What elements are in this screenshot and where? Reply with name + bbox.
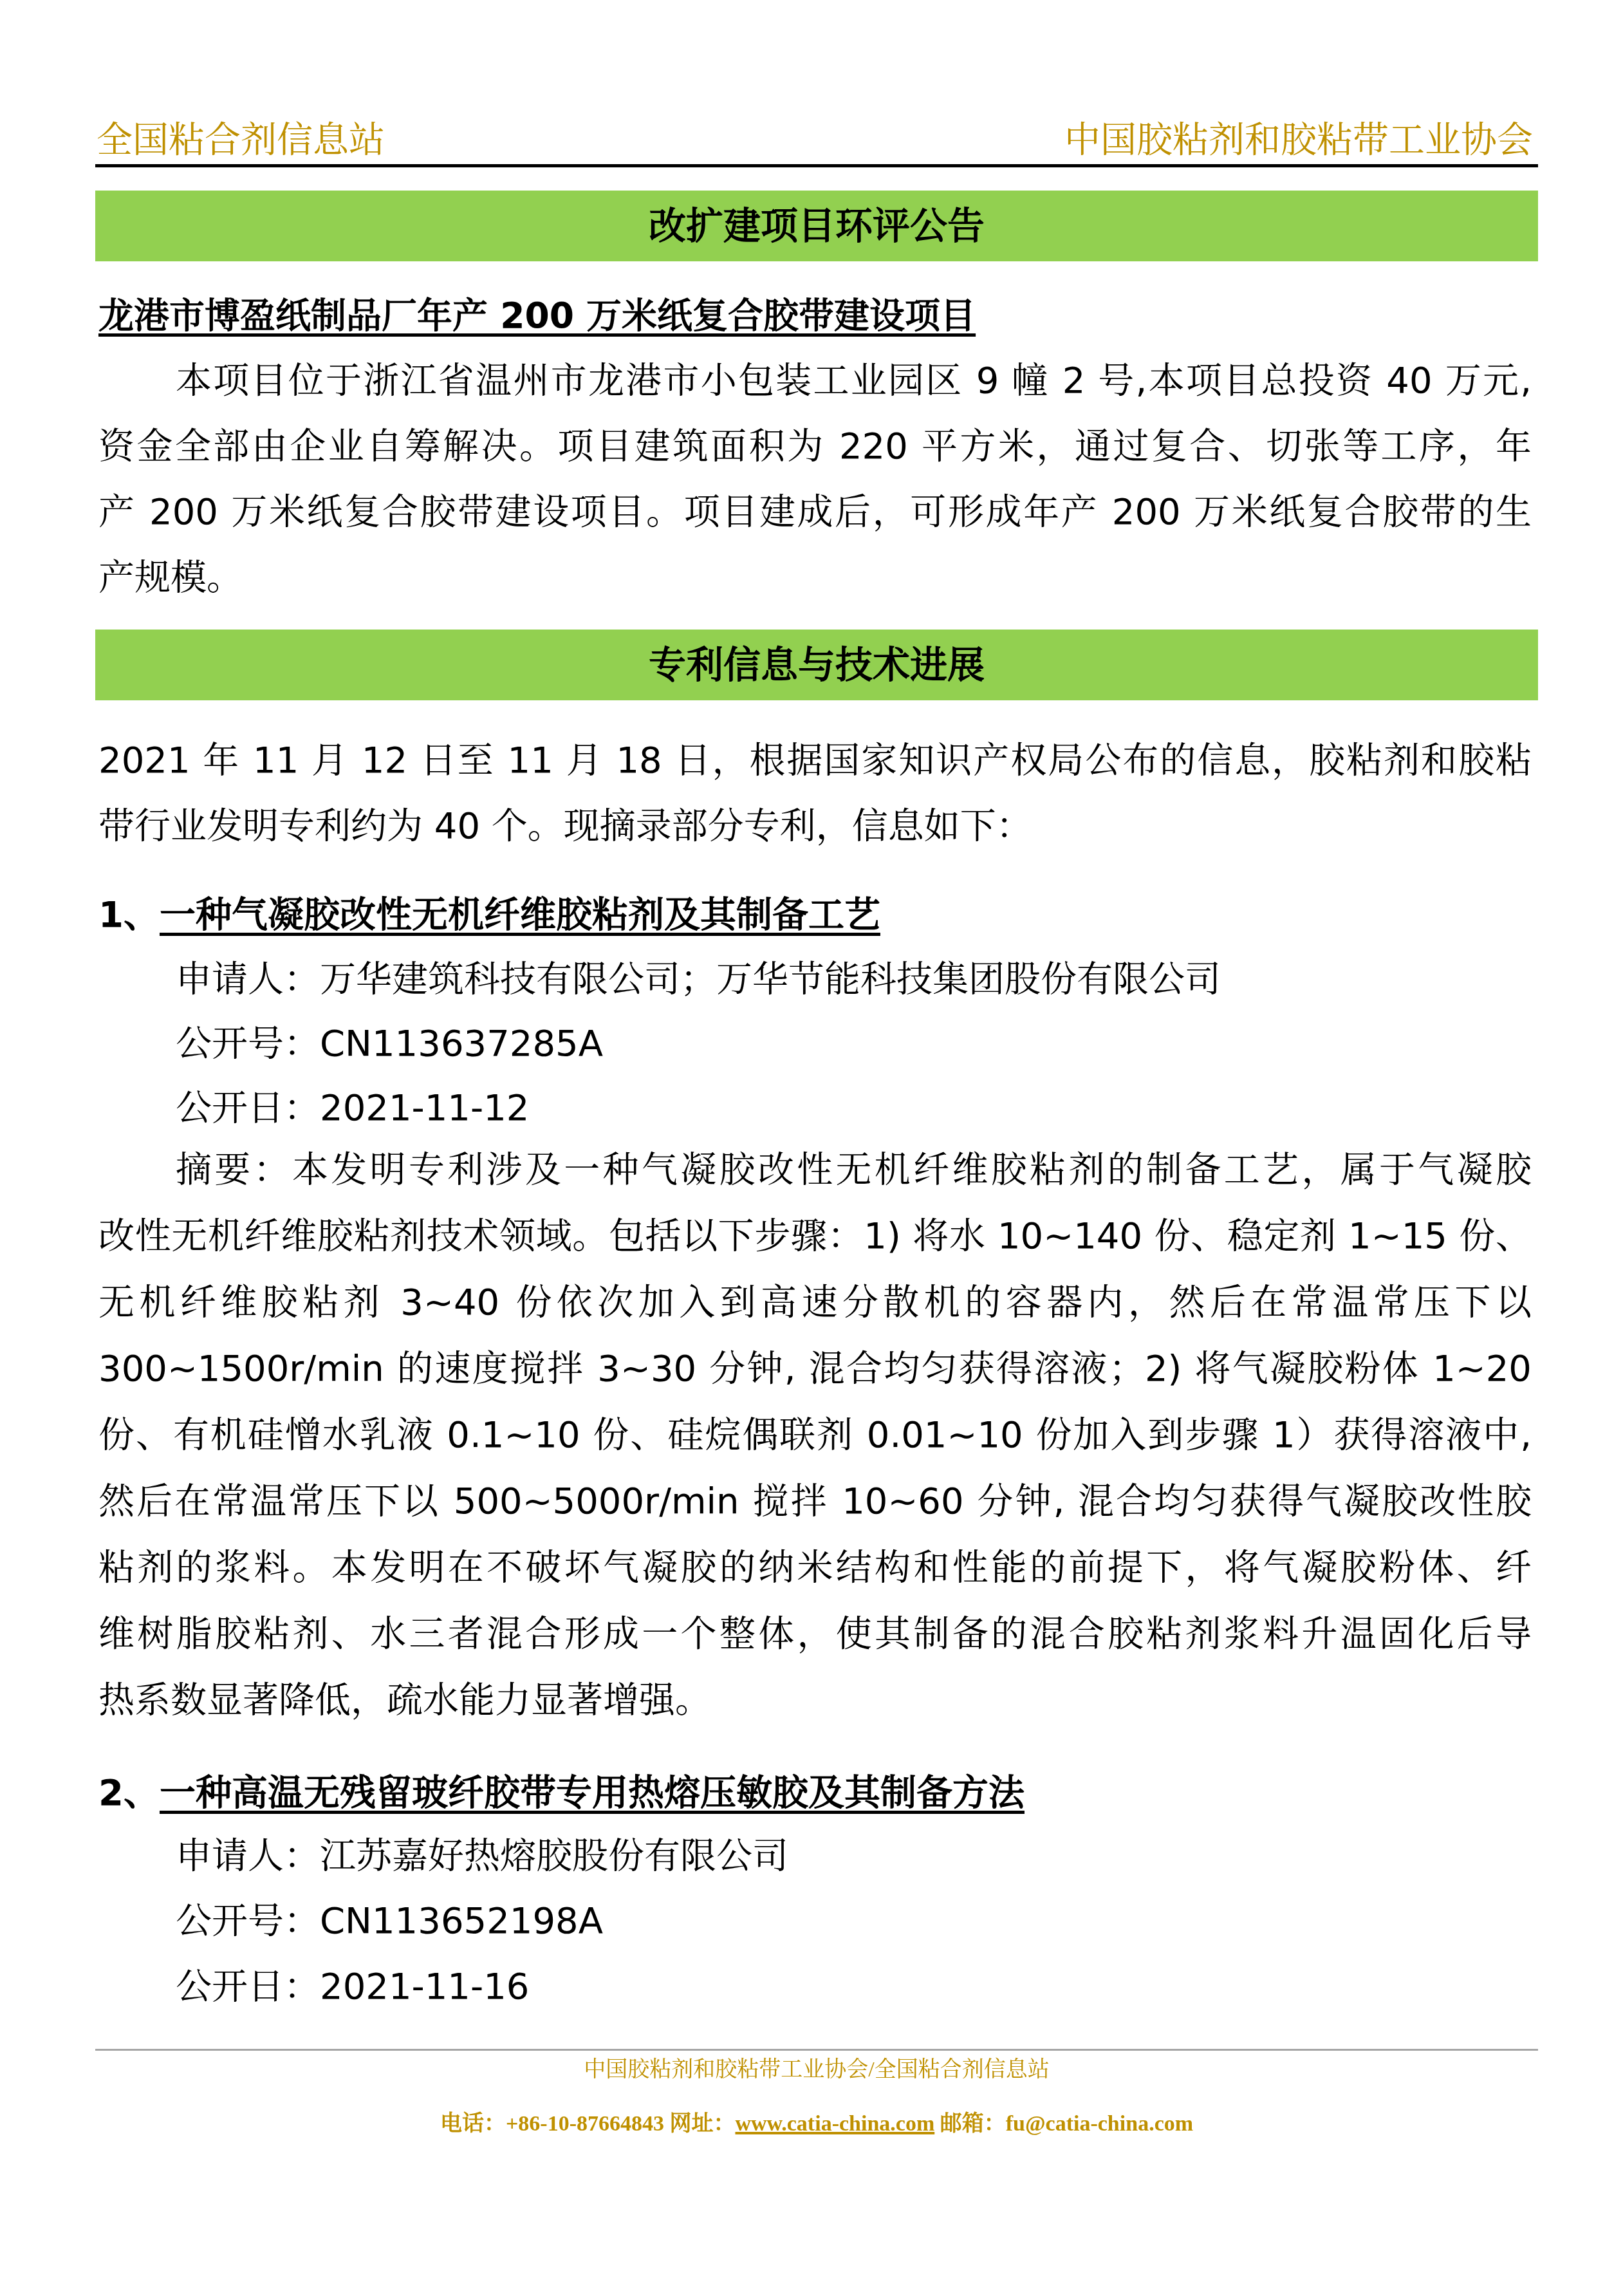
patent-1-title: 一种气凝胶改性无机纤维胶粘剂及其制备工艺 xyxy=(160,894,880,936)
patent-1-abstract-line: 摘要：本发明专利涉及一种气凝胶改性无机纤维胶粘剂的制备工艺，属于气凝胶 xyxy=(176,1150,1532,1191)
section-title-eia: 改扩建项目环评公告 xyxy=(649,207,985,245)
footer-org-line: 中国胶粘剂和胶粘带工业协会/全国粘合剂信息站 xyxy=(95,2057,1538,2083)
patent-2-heading: 2、一种高温无残留玻纤胶带专用热熔压敏胶及其制备方法 xyxy=(98,1773,1532,1814)
patent-2-number: 2、 xyxy=(98,1772,160,1814)
footer-phone: +86-10-87664843 xyxy=(506,2112,664,2136)
footer-web-label: 网址： xyxy=(664,2112,736,2136)
footer-phone-label: 电话： xyxy=(440,2112,506,2136)
section-band-patents: 专利信息与技术进展 xyxy=(95,630,1538,700)
footer-email[interactable]: fu@catia-china.com xyxy=(1006,2112,1193,2136)
patent-1-pub-no: 公开号：CN113637285A xyxy=(176,1023,603,1065)
patent-1-abstract-line: 维树脂胶粘剂、水三者混合形成一个整体，使其制备的混合胶粘剂浆料升温固化后导 xyxy=(98,1614,1532,1655)
project-paragraph-line: 产 200 万米纸复合胶带建设项目。项目建成后，可形成年产 200 万米纸复合胶… xyxy=(98,492,1532,533)
footer-email-label: 邮箱： xyxy=(934,2112,1006,2136)
patent-2-pub-no: 公开号：CN113652198A xyxy=(176,1901,603,1942)
project-title: 龙港市博盈纸制品厂年产 200 万米纸复合胶带建设项目 xyxy=(98,295,1532,336)
patent-1-abstract-line: 无机纤维胶粘剂 3~40 份依次加入到高速分散机的容器内，然后在常温常压下以 xyxy=(98,1282,1532,1323)
patent-1-abstract-line: 粘剂的浆料。本发明在不破坏气凝胶的纳米结构和性能的前提下，将气凝胶粉体、纤 xyxy=(98,1547,1532,1589)
section-band-eia: 改扩建项目环评公告 xyxy=(95,191,1538,261)
project-paragraph-line: 产规模。 xyxy=(98,557,1532,599)
patent-1-abstract-line: 然后在常温常压下以 500~5000r/min 搅拌 10~60 分钟, 混合均… xyxy=(98,1481,1532,1522)
footer-website-link[interactable]: www.catia-china.com xyxy=(735,2112,934,2136)
header-divider xyxy=(95,164,1538,167)
patent-1-abstract-line: 热系数显著降低，疏水能力显著增强。 xyxy=(98,1680,1532,1721)
patent-1-heading: 1、一种气凝胶改性无机纤维胶粘剂及其制备工艺 xyxy=(98,895,1532,936)
header-right-title: 中国胶粘剂和胶粘带工业协会 xyxy=(1064,120,1533,161)
project-paragraph-line: 资金全部由企业自筹解决。项目建筑面积为 220 平方米，通过复合、切张等工序，年 xyxy=(98,426,1532,467)
footer-divider xyxy=(95,2049,1538,2051)
patent-2-pub-date: 公开日：2021-11-16 xyxy=(176,1966,529,2008)
patent-2-title: 一种高温无残留玻纤胶带专用热熔压敏胶及其制备方法 xyxy=(160,1772,1025,1814)
patent-1-pub-date: 公开日：2021-11-12 xyxy=(176,1088,529,1129)
patent-intro-line: 2021 年 11 月 12 日至 11 月 18 日，根据国家知识产权局公布的… xyxy=(98,740,1532,781)
patent-1-applicant: 申请人：万华建筑科技有限公司；万华节能科技集团股份有限公司 xyxy=(176,959,1221,1000)
patent-intro-line: 带行业发明专利约为 40 个。现摘录部分专利，信息如下： xyxy=(98,806,1532,847)
patent-2-applicant: 申请人：江苏嘉好热熔胶股份有限公司 xyxy=(176,1836,788,1877)
patent-1-abstract-line: 份、有机硅憎水乳液 0.1~10 份、硅烷偶联剂 0.01~10 份加入到步骤 … xyxy=(98,1415,1532,1456)
patent-1-abstract-line: 改性无机纤维胶粘剂技术领域。包括以下步骤：1) 将水 10~140 份、稳定剂 … xyxy=(98,1216,1532,1257)
section-title-patents: 专利信息与技术进展 xyxy=(649,646,985,684)
project-paragraph-line: 本项目位于浙江省温州市龙港市小包装工业园区 9 幢 2 号,本项目总投资 40 … xyxy=(176,360,1532,402)
patent-1-abstract-line: 300~1500r/min 的速度搅拌 3~30 分钟, 混合均匀获得溶液；2)… xyxy=(98,1349,1532,1390)
footer-contact-line: 电话：+86-10-87664843 网址：www.catia-china.co… xyxy=(95,2111,1538,2137)
header-left-title: 全国粘合剂信息站 xyxy=(97,120,385,161)
patent-1-number: 1、 xyxy=(98,894,160,936)
project-title-text: 龙港市博盈纸制品厂年产 200 万米纸复合胶带建设项目 xyxy=(98,295,976,336)
